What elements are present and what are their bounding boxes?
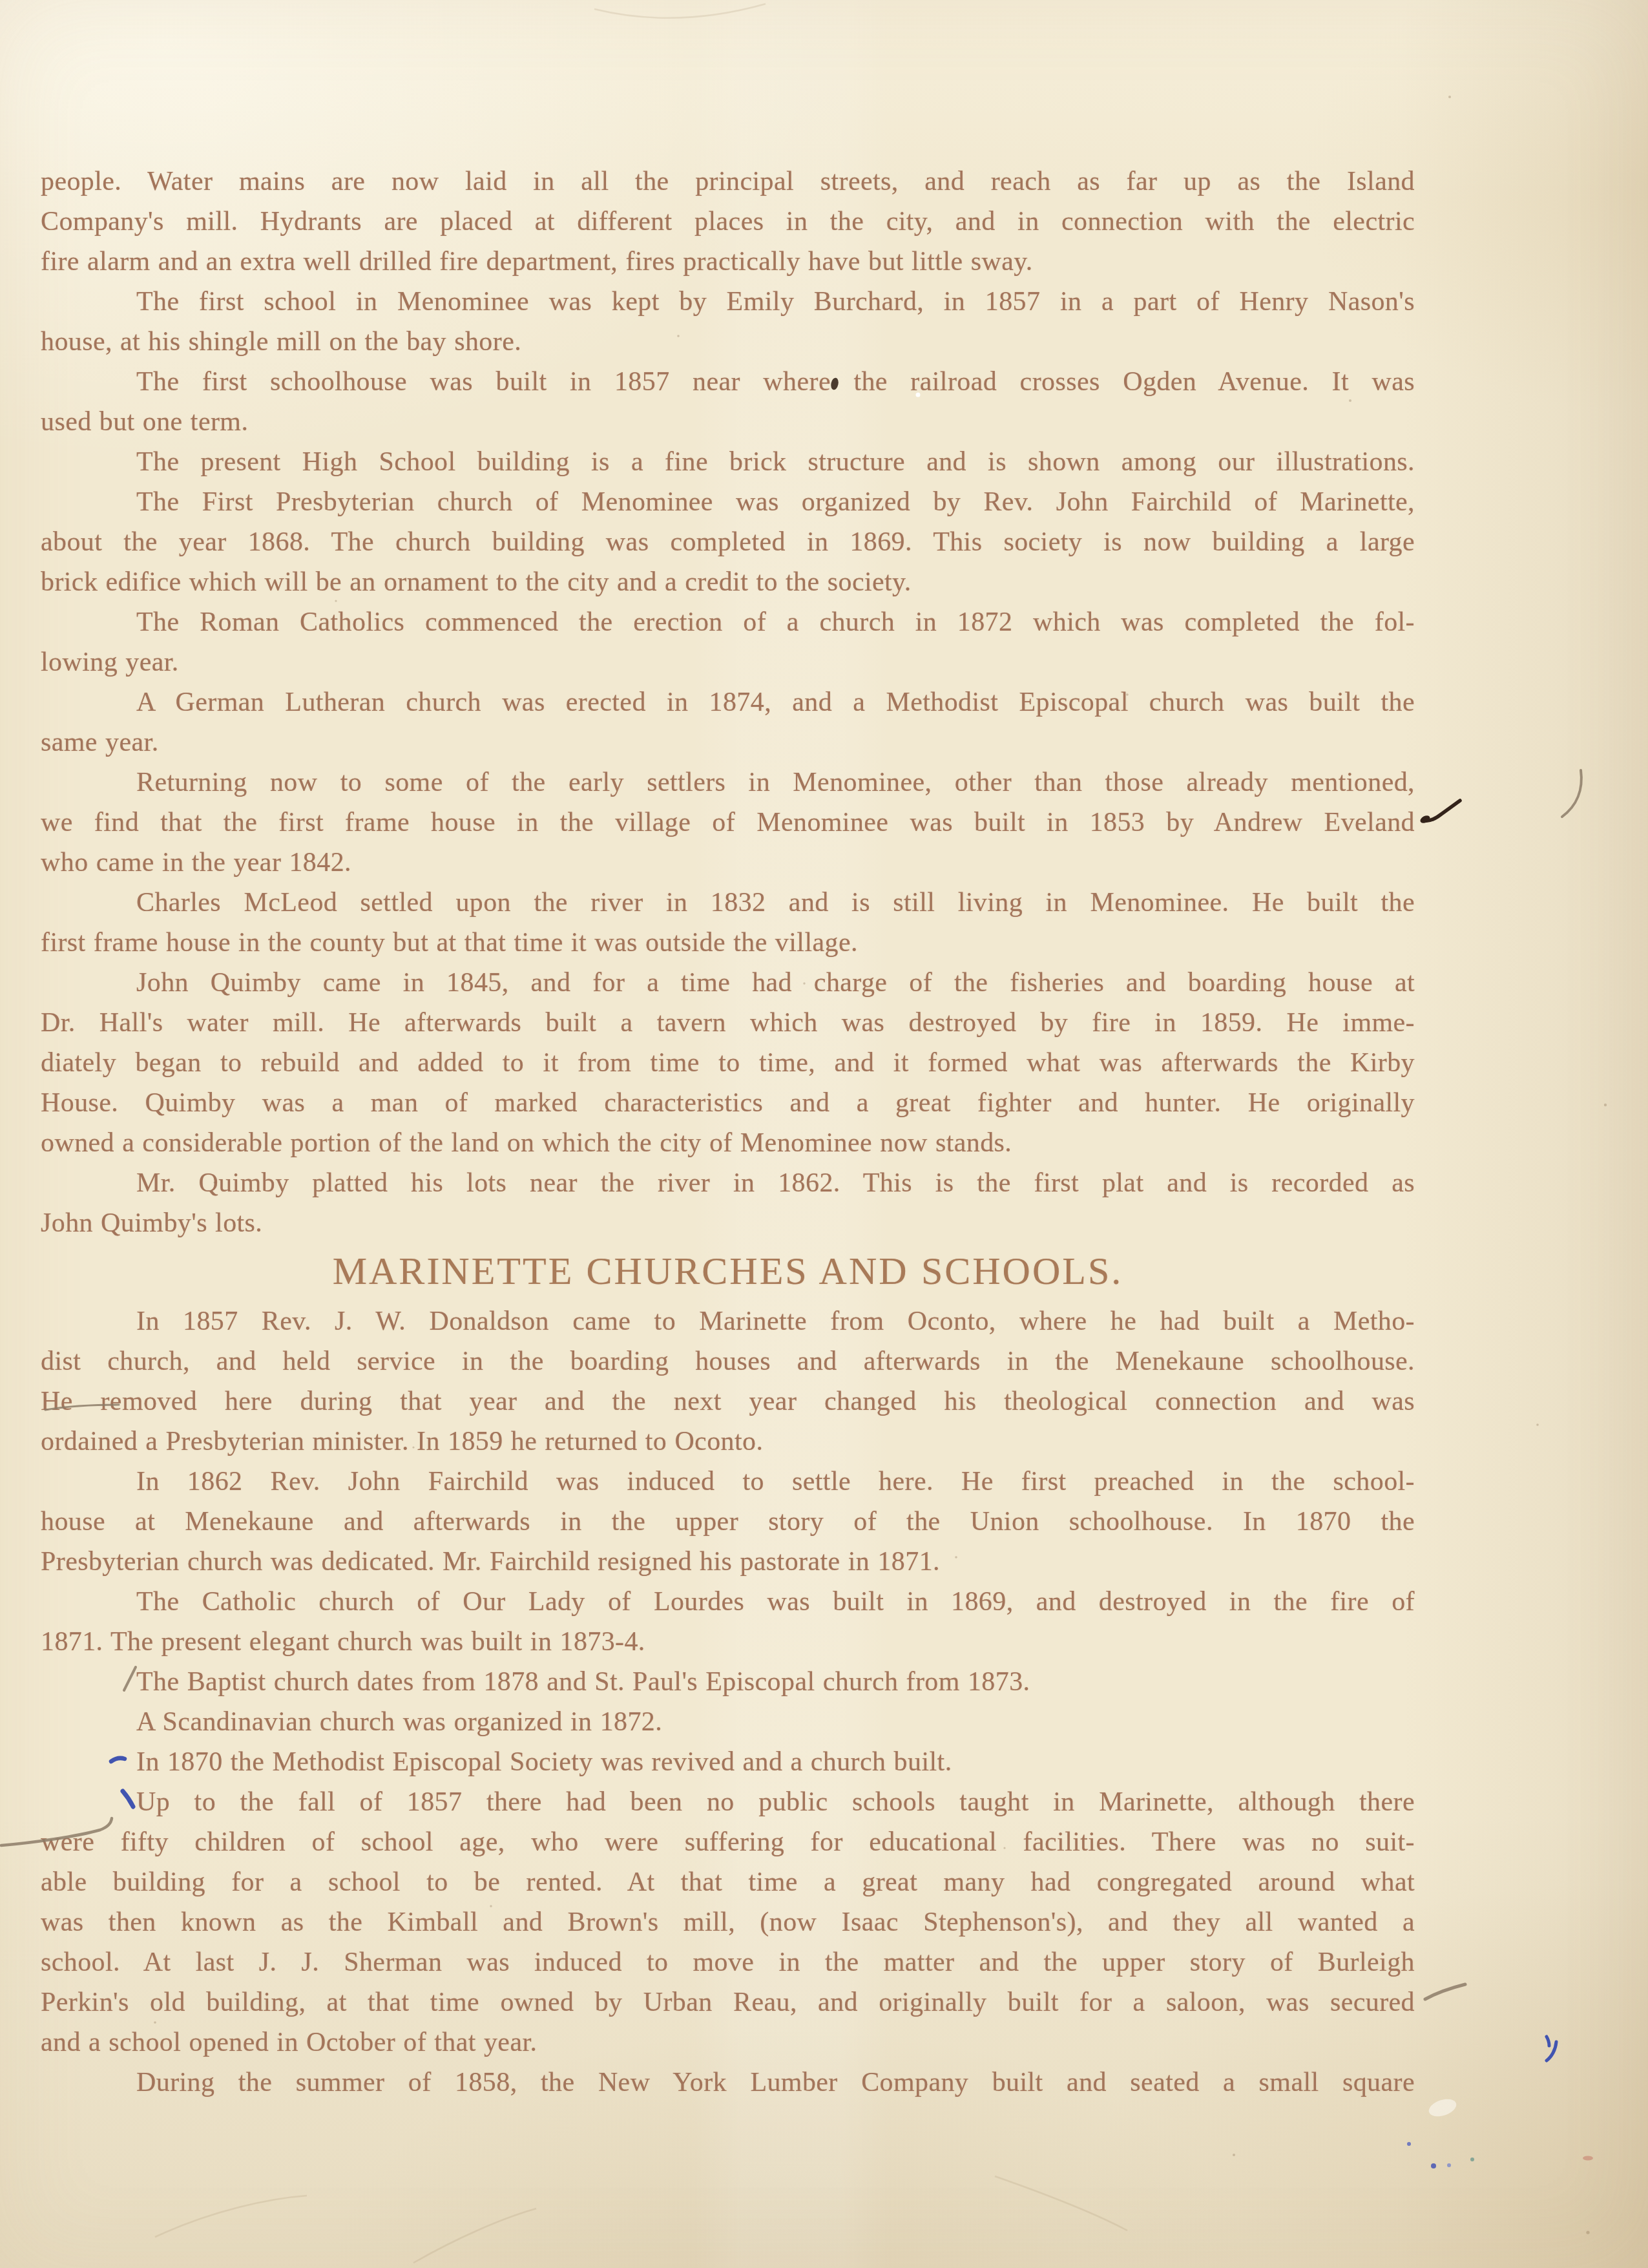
pencil-curve-right-margin: [1562, 770, 1581, 817]
paragraph: people. Water mains are now laid in all …: [41, 162, 1415, 282]
text-line: Mr. Quimby platted his lots near the riv…: [41, 1163, 1415, 1203]
red-smudge-bottom-right: [1583, 2156, 1593, 2161]
text-line: and a school opened in October of that y…: [41, 2022, 1415, 2063]
paragraph: Up to the fall of 1857 there had been no…: [41, 1782, 1415, 2063]
text-line: During the summer of 1858, the New York …: [41, 2063, 1415, 2103]
text-line: Dr. Hall's water mill. He afterwards bui…: [41, 1003, 1415, 1043]
paragraph: A German Lutheran church was erected in …: [41, 682, 1415, 762]
text-block: people. Water mains are now laid in all …: [41, 0, 1415, 2103]
text-line: diately began to rebuild and added to it…: [41, 1043, 1415, 1083]
text-line: people. Water mains are now laid in all …: [41, 162, 1415, 202]
ink-slash-after-eveland: [1419, 801, 1460, 824]
text-line: owned a considerable portion of the land…: [41, 1123, 1415, 1163]
text-line: House. Quimby was a man of marked charac…: [41, 1083, 1415, 1123]
text-line: brick edifice which will be an ornament …: [41, 562, 1415, 602]
paragraph: The present High School building is a fi…: [41, 442, 1415, 482]
blue-specks-bottom-right: [1407, 2142, 1474, 2168]
text-line: Company's mill. Hydrants are placed at d…: [41, 202, 1415, 242]
text-line: Perkin's old building, at that time owne…: [41, 1982, 1415, 2022]
paragraph: Returning now to some of the early settl…: [41, 762, 1415, 883]
paper-crease-bottom-right: [995, 2176, 1127, 2231]
scanned-page: people. Water mains are now laid in all …: [0, 0, 1648, 2268]
text-line: dist church, and held service in the boa…: [41, 1341, 1415, 1381]
paragraph: In 1857 Rev. J. W. Donaldson came to Mar…: [41, 1301, 1415, 1462]
section-marinette-text: In 1857 Rev. J. W. Donaldson came to Mar…: [41, 1301, 1415, 2103]
text-line: The first school in Menominee was kept b…: [41, 282, 1415, 322]
paper-crease-bottom-left: [155, 2196, 307, 2237]
text-line: John Quimby came in 1845, and for a time…: [41, 963, 1415, 1003]
paragraph: The First Presbyterian church of Menomin…: [41, 482, 1415, 602]
text-line: school. At last J. J. Sherman was induce…: [41, 1942, 1415, 1982]
paragraph: In 1862 Rev. John Fairchild was induced …: [41, 1462, 1415, 1582]
text-line: The Roman Catholics commenced the erecti…: [41, 602, 1415, 642]
paragraph: The Baptist church dates from 1878 and S…: [41, 1662, 1415, 1702]
paragraph: John Quimby came in 1845, and for a time…: [41, 963, 1415, 1163]
text-line: Charles McLeod settled upon the river in…: [41, 883, 1415, 923]
text-line: He removed here during that year and the…: [41, 1381, 1415, 1422]
text-line: The first schoolhouse was built in 1857 …: [41, 362, 1415, 402]
text-line: Returning now to some of the early settl…: [41, 762, 1415, 803]
pencil-swoosh-after-burleigh: [1425, 1984, 1465, 1999]
text-line: The Baptist church dates from 1878 and S…: [41, 1662, 1415, 1702]
text-line: lowing year.: [41, 642, 1415, 682]
paragraph: In 1870 the Methodist Episcopal Society …: [41, 1742, 1415, 1782]
text-line: house, at his shingle mill on the bay sh…: [41, 322, 1415, 362]
paper-crease-bottom-center: [413, 2209, 536, 2263]
paragraph: The first school in Menominee was kept b…: [41, 282, 1415, 362]
text-line: John Quimby's lots.: [41, 1203, 1415, 1243]
section-heading: MARINETTE CHURCHES AND SCHOOLS.: [41, 1247, 1415, 1295]
text-line: able building for a school to be rented.…: [41, 1862, 1415, 1902]
text-line: The Catholic church of Our Lady of Lourd…: [41, 1582, 1415, 1622]
text-line: was then known as the Kimball and Brown'…: [41, 1902, 1415, 1942]
section-menominee-text: people. Water mains are now laid in all …: [41, 162, 1415, 1243]
text-line: Presbyterian church was dedicated. Mr. F…: [41, 1542, 1415, 1582]
paragraph: The Catholic church of Our Lady of Lourd…: [41, 1582, 1415, 1662]
blue-y-mark-bottom-right: [1547, 2037, 1556, 2061]
paragraph: The Roman Catholics commenced the erecti…: [41, 602, 1415, 682]
paragraph: During the summer of 1858, the New York …: [41, 2063, 1415, 2103]
text-line: who came in the year 1842.: [41, 843, 1415, 883]
text-line: Up to the fall of 1857 there had been no…: [41, 1782, 1415, 1822]
text-line: were fifty children of school age, who w…: [41, 1822, 1415, 1862]
text-line: The present High School building is a fi…: [41, 442, 1415, 482]
text-line: about the year 1868. The church building…: [41, 522, 1415, 562]
text-line: first frame house in the county but at t…: [41, 923, 1415, 963]
text-line: we find that the first frame house in th…: [41, 803, 1415, 843]
text-line: In 1857 Rev. J. W. Donaldson came to Mar…: [41, 1301, 1415, 1341]
paragraph: The first schoolhouse was built in 1857 …: [41, 362, 1415, 442]
text-line: A Scandinavian church was organized in 1…: [41, 1702, 1415, 1742]
text-line: used but one term.: [41, 402, 1415, 442]
paragraph: Mr. Quimby platted his lots near the riv…: [41, 1163, 1415, 1243]
text-line: The First Presbyterian church of Menomin…: [41, 482, 1415, 522]
text-line: fire alarm and an extra well drilled fir…: [41, 242, 1415, 282]
white-scuff-bottom-right: [1426, 2096, 1458, 2119]
paragraph: A Scandinavian church was organized in 1…: [41, 1702, 1415, 1742]
text-line: 1871. The present elegant church was bui…: [41, 1622, 1415, 1662]
text-line: house at Menekaune and afterwards in the…: [41, 1502, 1415, 1542]
paragraph: Charles McLeod settled upon the river in…: [41, 883, 1415, 963]
text-line: In 1870 the Methodist Episcopal Society …: [41, 1742, 1415, 1782]
text-line: A German Lutheran church was erected in …: [41, 682, 1415, 722]
text-line: In 1862 Rev. John Fairchild was induced …: [41, 1462, 1415, 1502]
text-line: same year.: [41, 722, 1415, 762]
text-line: ordained a Presbyterian minister. In 185…: [41, 1422, 1415, 1462]
